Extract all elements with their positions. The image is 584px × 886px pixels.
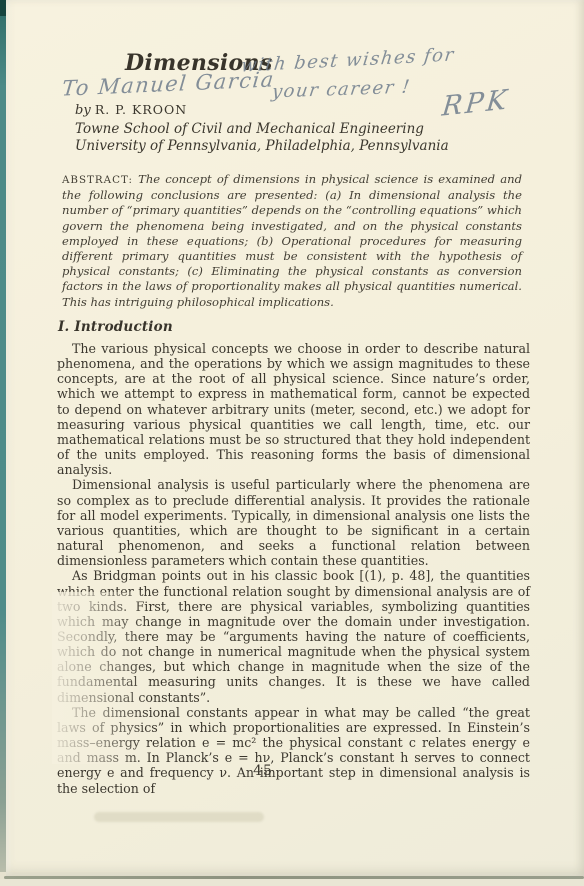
affiliation-line-1: Towne School of Civil and Mechanical Eng… [75,121,449,138]
byline: by R. P. KROON [75,102,187,118]
paragraph-2: Dimensional analysis is useful particula… [57,477,530,568]
author-name: R. P. KROON [95,102,187,117]
page-number: 45 [57,763,469,779]
handwritten-initials: RPK [441,84,512,123]
underlying-page-edge [0,879,584,886]
affiliation-line-2: University of Pennsylvania, Philadelphia… [75,138,449,155]
paragraph-4: The dimensional constants appear in what… [57,705,530,796]
abstract-label: ABSTRACT: [62,174,133,186]
scanned-document-page: Dimensions by R. P. KROON Towne School o… [0,0,584,886]
scan-streak-artifact [94,812,264,822]
paragraph-1: The various physical concepts we choose … [57,341,530,477]
byline-prefix: by [75,103,91,118]
handwritten-wishes-line-2: your career ! [271,77,413,103]
body-text: The various physical concepts we choose … [57,341,530,796]
paragraph-3: As Bridgman points out in his classic bo… [57,568,530,704]
abstract: ABSTRACT: The concept of dimensions in p… [62,172,522,310]
paper-sheet: Dimensions by R. P. KROON Towne School o… [6,0,584,876]
abstract-text: The concept of dimensions in physical sc… [62,172,522,309]
section-heading: I. Introduction [58,319,173,335]
affiliation: Towne School of Civil and Mechanical Eng… [75,121,449,154]
